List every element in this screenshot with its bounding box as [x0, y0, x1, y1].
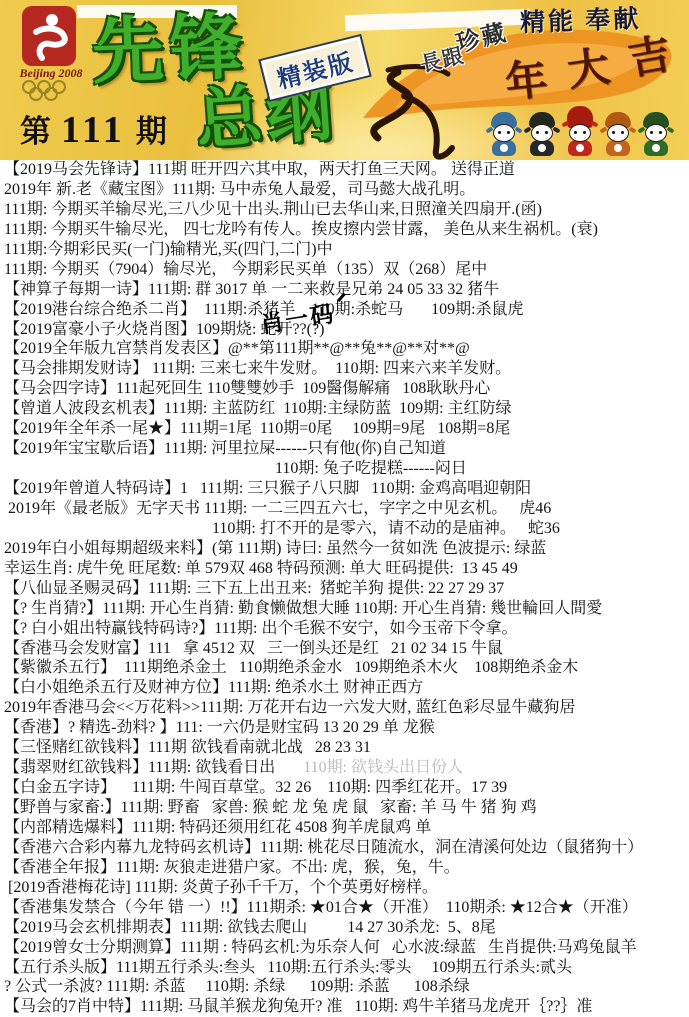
tip-line: 【香港马会发财富】111 拿 4512 双 三一倒头还是红 21 02 34 1…: [0, 639, 689, 659]
tip-line: 【马会四字诗】111起死回生 110雙雙妙手 109醫傷解痛 108耿耿丹心: [0, 379, 689, 399]
tip-line: 【? 生肖猜?】111期: 开心生肖猜: 勤食懒做想大睡 110期: 开心生肖猜…: [0, 599, 689, 619]
tip-text: 【曾道人波段玄机表】111期: 主蓝防红 110期:主绿防蓝 109期: 主红防…: [4, 400, 512, 417]
dancing-beijing-seal-icon: [22, 6, 76, 66]
tip-text: 【? 生肖猜?】111期: 开心生肖猜: 勤食懒做想大睡 110期: 开心生肖猜…: [4, 600, 602, 617]
tip-line: 【白金五字诗】 111期: 牛闯百草堂。32 26 110期: 四季红花开。17…: [0, 778, 689, 798]
tip-text: 【神算子每期一诗】111期: 群 3017 单 一二来救是兄弟 24 05 33…: [4, 281, 499, 298]
tip-text: 110期: 打不开的是零六，请不动的是庙神。 蛇36: [212, 520, 560, 537]
fuwa-blue-icon: [488, 112, 520, 158]
tip-text: 【香港马会发财富】111 拿 4512 双 三一倒头还是红 21 02 34 1…: [4, 640, 503, 657]
tip-text: 【白金五字诗】 111期: 牛闯百草堂。32 26 110期: 四季红花开。17…: [4, 779, 507, 796]
tip-line: 【2019年全年杀一尾★】111期=1尾 110期=0尾 109期=9尾 108…: [0, 419, 689, 439]
tip-line: 【2019港台综合绝杀二肖】 111期:杀猪羊 110期:杀蛇马 109期:杀鼠…: [0, 300, 689, 320]
tip-line: 【2019马会先锋诗】111期 旺开四六其中取，两天打鱼三天网。 送得正道: [0, 160, 689, 180]
tip-text: 【香港六合彩内幕九龙特码玄机诗】111期: 桃花尽日随流水，洞在清溪何处边（鼠猪…: [4, 839, 643, 856]
beijing-2008-script: Beijing 2008: [12, 66, 90, 81]
tip-line: 111期: 今期买（7904）输尽光， 今期彩民买单（135）双（268）尾中: [0, 260, 689, 280]
tip-line: 【香港集发禁合（今年 错 一）!!】111期杀: ★01合★（开准） 110期杀…: [0, 898, 689, 918]
pioneer-lottery-sheet: Beijing 2008 先锋 总纲 第111期 精装版 精能 奉献 珍藏 長跟: [0, 0, 689, 1017]
tip-line: 111期:今期彩民买(一门)输精光,买(四门,二门)中: [0, 240, 689, 260]
tip-line: ? 公式一杀波? 111期: 杀蓝 110期: 杀绿 109期: 杀蓝 108杀…: [0, 977, 689, 997]
tip-text: 110期: 欲钱头出日份人: [303, 759, 463, 776]
fuwa-mascots: [488, 106, 672, 158]
tip-line: [2019香港梅花诗] 111期: 炎黄子孙千千万，个个英勇好榜样。: [0, 878, 689, 898]
tip-line: 【马会排期发财诗】 111期: 三来七来牛发财。 110期: 四来六来羊发财。: [0, 359, 689, 379]
tip-text: 【白小姐绝杀五行及财神方位】111期: 绝杀水土 财神正西方: [4, 679, 423, 696]
tip-text: ? 公式一杀波? 111期: 杀蓝 110期: 杀绿 109期: 杀蓝 108杀…: [4, 978, 470, 995]
tip-text: 2019年白小姐每期超级来料】(第 111期) 诗曰: 虽然今一贫如洗 色波提示…: [4, 540, 546, 557]
tip-text: 【马会四字诗】111起死回生 110雙雙妙手 109醫傷解痛 108耿耿丹心: [4, 380, 490, 397]
tip-line: 【2019年曾道人特码诗】1 111期: 三只猴子八只脚 110期: 金鸡高唱迎…: [0, 479, 689, 499]
tip-text: 【香港全年报】111期: 灰狼走进猎户家。不出: 虎，猴，兔，牛。: [4, 859, 460, 876]
tip-text: 111期:今期彩民买(一门)输精光,买(四门,二门)中: [4, 241, 333, 258]
beijing-2008-emblem: Beijing 2008: [12, 4, 90, 104]
tip-line: 【马会的7肖中特】111期: 马鼠羊猴龙狗兔开? 准 110期: 鸡牛羊猪马龙虎…: [0, 997, 689, 1017]
tip-line: 110期: 兔子吃提糕------闷日: [0, 459, 689, 479]
tip-text: 【内部精选爆料】111期: 特码还须用红花 4508 狗羊虎鼠鸡 单: [4, 819, 431, 836]
tip-text: 【2019马会玄机排期表】111期: 欲钱去爬山 14 27 30杀龙: 5、8…: [4, 919, 496, 936]
tip-line: 【野兽与家畜:】111期: 野畜 家兽: 猴 蛇 龙 兔 虎 鼠 家畜: 羊 马…: [0, 798, 689, 818]
tip-text: 【2019马会先锋诗】111期 旺开四六其中取，两天打鱼三天网。 送得正道: [4, 161, 515, 178]
tip-line: 【2019曾女士分期测算】111期 : 特码玄机:为乐奈人何 心水波:绿蓝 生肖…: [0, 938, 689, 958]
masthead: Beijing 2008 先锋 总纲 第111期 精装版 精能 奉献 珍藏 長跟: [0, 0, 689, 160]
fuwa-panda-icon: [526, 112, 558, 158]
tip-line: 【紫徽杀五行】 111期绝杀金土 110期绝杀金水 109期绝杀木火 108期绝…: [0, 658, 689, 678]
tip-line: 【2019全年版九宫禁肖发表区】@**第111期**@**兔**@**对**@: [0, 339, 689, 359]
tip-line: 【2019富豪小子火烧肖图】109期烧: 蛇开??(?): [0, 320, 689, 340]
banner-char-da: 大: [563, 33, 613, 98]
issue-number: 第111期: [20, 106, 167, 152]
tip-line: 2019年《最老版》无字天书 111期: 一二三四五六七，字字之中见玄机。 虎4…: [0, 499, 689, 519]
tip-text: 【马会排期发财诗】 111期: 三来七来牛发财。 110期: 四来六来羊发财。: [4, 360, 511, 377]
tip-line: 111期: 今期买羊输尽光,三八少见十出头.荆山已去华山来,日照潼关四扇开.(函…: [0, 200, 689, 220]
tip-text: 【翡翠财红欲钱料】111期: 欲钱看日出: [4, 759, 303, 776]
tip-text: 111期: 今期买牛输尽光， 四七龙吟有传人。挨皮擦内尝甘露， 美色从来生祸机。…: [4, 221, 598, 238]
tip-line: 【香港六合彩内幕九龙特码玄机诗】111期: 桃花尽日随流水，洞在清溪何处边（鼠猪…: [0, 838, 689, 858]
tip-line: 【三怪赌红欲钱料】111期 欲钱看南就北战 28 23 31: [0, 738, 689, 758]
tip-line: 【? 白小姐出特赢钱特码诗?】111期: 出个毛猴不安宁，如今玉帝下令拿。: [0, 619, 689, 639]
tip-text: 【2019曾女士分期测算】111期 : 特码玄机:为乐奈人何 心水波:绿蓝 生肖…: [4, 939, 637, 956]
tip-line: 2019年 新.老《藏宝图》111期: 马中赤兔人最爱，司马懿大战孔明。: [0, 180, 689, 200]
issue-prefix: 第: [20, 114, 51, 149]
issue-num: 111: [61, 109, 126, 151]
masthead-title-xianfeng: 先锋: [91, 11, 249, 88]
issue-suffix: 期: [136, 114, 167, 149]
banner-char-nian: 年: [502, 46, 550, 110]
tip-text: 【? 白小姐出特赢钱特码诗?】111期: 出个毛猴不安宁，如今玉帝下令拿。: [4, 620, 517, 637]
tip-text: 【2019年全年杀一尾★】111期=1尾 110期=0尾 109期=9尾 108…: [4, 420, 510, 437]
tip-line: 【翡翠财红欲钱料】111期: 欲钱看日出 110期: 欲钱头出日份人: [0, 758, 689, 778]
tip-text: 【2019全年版九宫禁肖发表区】@**第111期**@**兔**@**对**@: [4, 340, 470, 357]
fuwa-orange-icon: [602, 112, 634, 158]
tip-line: 【白小姐绝杀五行及财神方位】111期: 绝杀水土 财神正西方: [0, 678, 689, 698]
tip-line: 【2019马会玄机排期表】111期: 欲钱去爬山 14 27 30杀龙: 5、8…: [0, 918, 689, 938]
tip-text: [2019香港梅花诗] 111期: 炎黄子孙千千万，个个英勇好榜样。: [4, 879, 438, 896]
tip-line: 【八仙显圣赐灵码】111期: 三下五上出丑来: 猪蛇羊狗 提供: 22 27 2…: [0, 579, 689, 599]
tip-text: 【香港】? 精选-劲料? 】111: 一六仍是财宝码 13 20 29 单 龙猴: [4, 719, 435, 736]
tip-text: 111期: 今期买（7904）输尽光， 今期彩民买单（135）双（268）尾中: [4, 261, 487, 278]
tip-line: 2019年白小姐每期超级来料】(第 111期) 诗曰: 虽然今一贫如洗 色波提示…: [0, 539, 689, 559]
tip-text: 111期: 今期买羊输尽光,三八少见十出头.荆山已去华山来,日照潼关四扇开.(函…: [4, 201, 542, 218]
tip-text: 【五行杀头版】111期五行杀头:叁头 110期:五行杀头:零头 109期五行杀头…: [4, 959, 572, 976]
tip-text: 幸运生肖: 虎牛免 旺尾数: 单 579双 468 特码预测: 单大 旺码提供:…: [4, 560, 518, 577]
tip-line: 幸运生肖: 虎牛免 旺尾数: 单 579双 468 特码预测: 单大 旺码提供:…: [0, 559, 689, 579]
olympic-rings-icon: [18, 80, 84, 107]
tip-line: 【曾道人波段玄机表】111期: 主蓝防红 110期:主绿防蓝 109期: 主红防…: [0, 399, 689, 419]
fuwa-green-icon: [640, 112, 672, 158]
tip-line: 111期: 今期买牛输尽光， 四七龙吟有传人。挨皮擦内尝甘露， 美色从来生祸机。…: [0, 220, 689, 240]
tip-text: 2019年 新.老《藏宝图》111期: 马中赤兔人最爱，司马懿大战孔明。: [4, 181, 475, 198]
tip-text: 【八仙显圣赐灵码】111期: 三下五上出丑来: 猪蛇羊狗 提供: 22 27 2…: [4, 580, 504, 597]
tip-line: 【五行杀头版】111期五行杀头:叁头 110期:五行杀头:零头 109期五行杀头…: [0, 958, 689, 978]
tip-text: 2019年《最老版》无字天书 111期: 一二三四五六七，字字之中见玄机。 虎4…: [4, 500, 551, 517]
tip-text: 【野兽与家畜:】111期: 野畜 家兽: 猴 蛇 龙 兔 虎 鼠 家畜: 羊 马…: [4, 799, 537, 816]
tip-line: 【神算子每期一诗】111期: 群 3017 单 一二来救是兄弟 24 05 33…: [0, 280, 689, 300]
tip-text: 110期: 兔子吃提糕------闷日: [275, 460, 467, 477]
tip-text: 【马会的7肖中特】111期: 马鼠羊猴龙狗兔开? 准 110期: 鸡牛羊猪马龙虎…: [4, 998, 592, 1015]
tip-text: 【紫徽杀五行】 111期绝杀金土 110期绝杀金水 109期绝杀木火 108期绝…: [4, 659, 578, 676]
tip-line: 【香港】? 精选-劲料? 】111: 一六仍是财宝码 13 20 29 单 龙猴: [0, 718, 689, 738]
tip-line: 【内部精选爆料】111期: 特码还须用红花 4508 狗羊虎鼠鸡 单: [0, 818, 689, 838]
tip-line: 【香港全年报】111期: 灰狼走进猎户家。不出: 虎，猴，兔，牛。: [0, 858, 689, 878]
tip-text: 【香港集发禁合（今年 错 一）!!】111期杀: ★01合★（开准） 110期杀…: [4, 899, 638, 916]
tip-text: 【2019年宝宝歇后语】111期: 河里拉屎------只有他(你)自己知道: [4, 440, 446, 457]
tip-text: 2019年香港马会<<万花料>>111期: 万花开右边一六发大财, 蓝红色彩尽显…: [4, 699, 575, 716]
fuwa-flame-icon: [564, 106, 596, 158]
tip-text: 【2019年曾道人特码诗】1 111期: 三只猴子八只脚 110期: 金鸡高唱迎…: [4, 480, 531, 497]
tip-line: 2019年香港马会<<万花料>>111期: 万花开右边一六发大财, 蓝红色彩尽显…: [0, 698, 689, 718]
tip-text: 【三怪赌红欲钱料】111期 欲钱看南就北战 28 23 31: [4, 739, 371, 756]
tips-list: 肖一码 【2019马会先锋诗】111期 旺开四六其中取，两天打鱼三天网。 送得正…: [0, 160, 689, 1017]
tip-line: 110期: 打不开的是零六，请不动的是庙神。 蛇36: [0, 519, 689, 539]
tip-line: 【2019年宝宝歇后语】111期: 河里拉屎------只有他(你)自己知道: [0, 439, 689, 459]
